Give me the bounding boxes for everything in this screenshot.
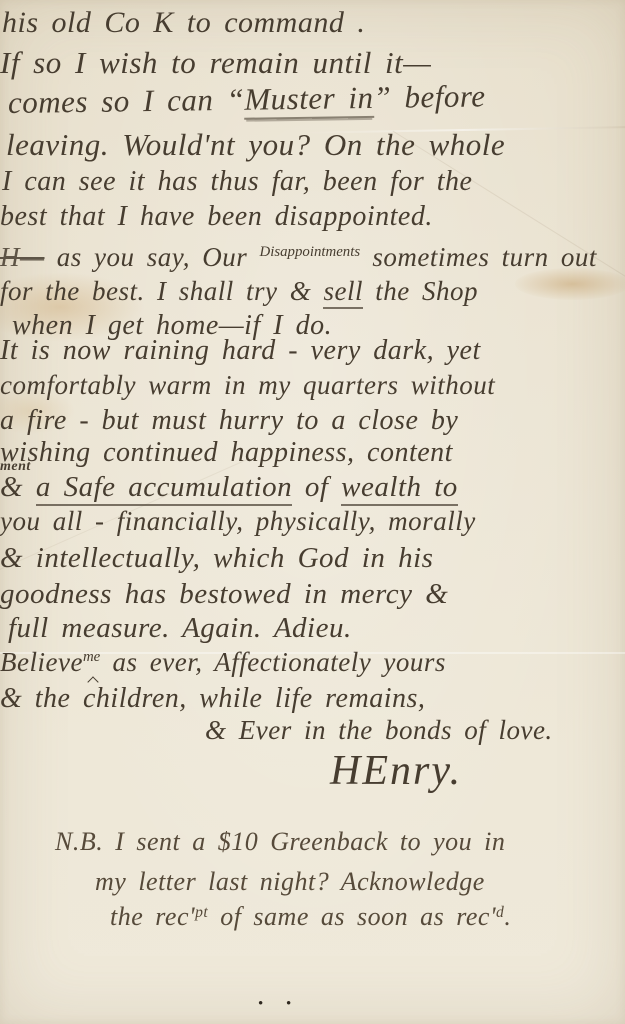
letter-line: I can see it has thus far, been for the	[2, 167, 472, 198]
underlined-phrase-wealth-to: wealth to	[341, 471, 458, 506]
letter-line: & a Safe accumulation of wealth to	[0, 472, 458, 504]
line-text: the Shop	[363, 276, 478, 306]
struck-out-text: H—	[0, 242, 45, 272]
letter-line: & the children, while life remains,	[0, 684, 425, 715]
ink-dots: • •	[258, 996, 298, 1013]
letter-line: you all - financially, physically, moral…	[0, 507, 476, 537]
line-text: as ever, Affectionately yours	[100, 647, 446, 677]
letter-line: comfortably warm in my quarters without	[0, 371, 495, 401]
line-text: the rec'	[110, 902, 195, 931]
letter-line: goodness has bestowed in mercy &	[0, 579, 448, 611]
postscript-line: the rec'pt of same as soon as rec'd.	[110, 903, 511, 932]
letter-line: & intellectually, which God in his	[0, 543, 433, 575]
line-text: Believe	[0, 647, 83, 677]
letter-page: his old Co K to command . If so I wish t…	[0, 0, 625, 1024]
letter-line: a fire - but must hurry to a close by	[0, 406, 458, 437]
underlined-phrase-accumulation: a Safe accumulation	[36, 471, 292, 506]
postscript-line: N.B. I sent a $10 Greenback to you in	[55, 828, 505, 857]
letter-line: H— as you say, Our Disappointments somet…	[0, 243, 597, 273]
postscript-line: my letter last night? Acknowledge	[95, 868, 485, 897]
letter-line: his old Co K to command .	[2, 6, 365, 39]
underlined-phrase-muster-in: Muster in	[244, 80, 374, 120]
letter-line: It is now raining hard - very dark, yet	[0, 336, 481, 367]
letter-line: full measure. Again. Adieu.	[8, 613, 352, 645]
interlined-word-disappointments: Disappointments	[260, 244, 361, 260]
underlined-word-sell: sell	[323, 276, 363, 309]
line-text: of	[292, 471, 341, 503]
letter-line: best that I have been disappointed.	[0, 202, 433, 233]
line-text: of same as soon as rec'	[208, 902, 496, 931]
line-text: comes so I can “	[8, 82, 245, 120]
line-text: for the best. I shall try &	[0, 276, 323, 306]
letter-line: leaving. Would'nt you? On the whole	[6, 128, 505, 162]
letter-line: comes so I can “Muster in” before	[8, 79, 486, 120]
line-text: ” before	[373, 78, 486, 115]
superscript-text: pt	[195, 904, 208, 921]
line-text: .	[504, 902, 511, 931]
line-text: &	[0, 471, 36, 503]
line-text: sometimes turn out	[360, 242, 597, 272]
interlined-word-me: me	[83, 649, 100, 665]
letter-line: If so I wish to remain until it—	[0, 46, 431, 80]
letter-line: for the best. I shall try & sell the Sho…	[0, 277, 478, 307]
letter-line: wishing continued happiness, content	[0, 438, 453, 469]
line-text: as you say, Our	[45, 242, 260, 272]
letter-line: & Ever in the bonds of love.	[205, 716, 553, 746]
paper-stain	[515, 268, 625, 300]
letter-line: Believeme as ever, Affectionately yours	[0, 648, 446, 678]
signature: HEnry.	[330, 748, 462, 794]
